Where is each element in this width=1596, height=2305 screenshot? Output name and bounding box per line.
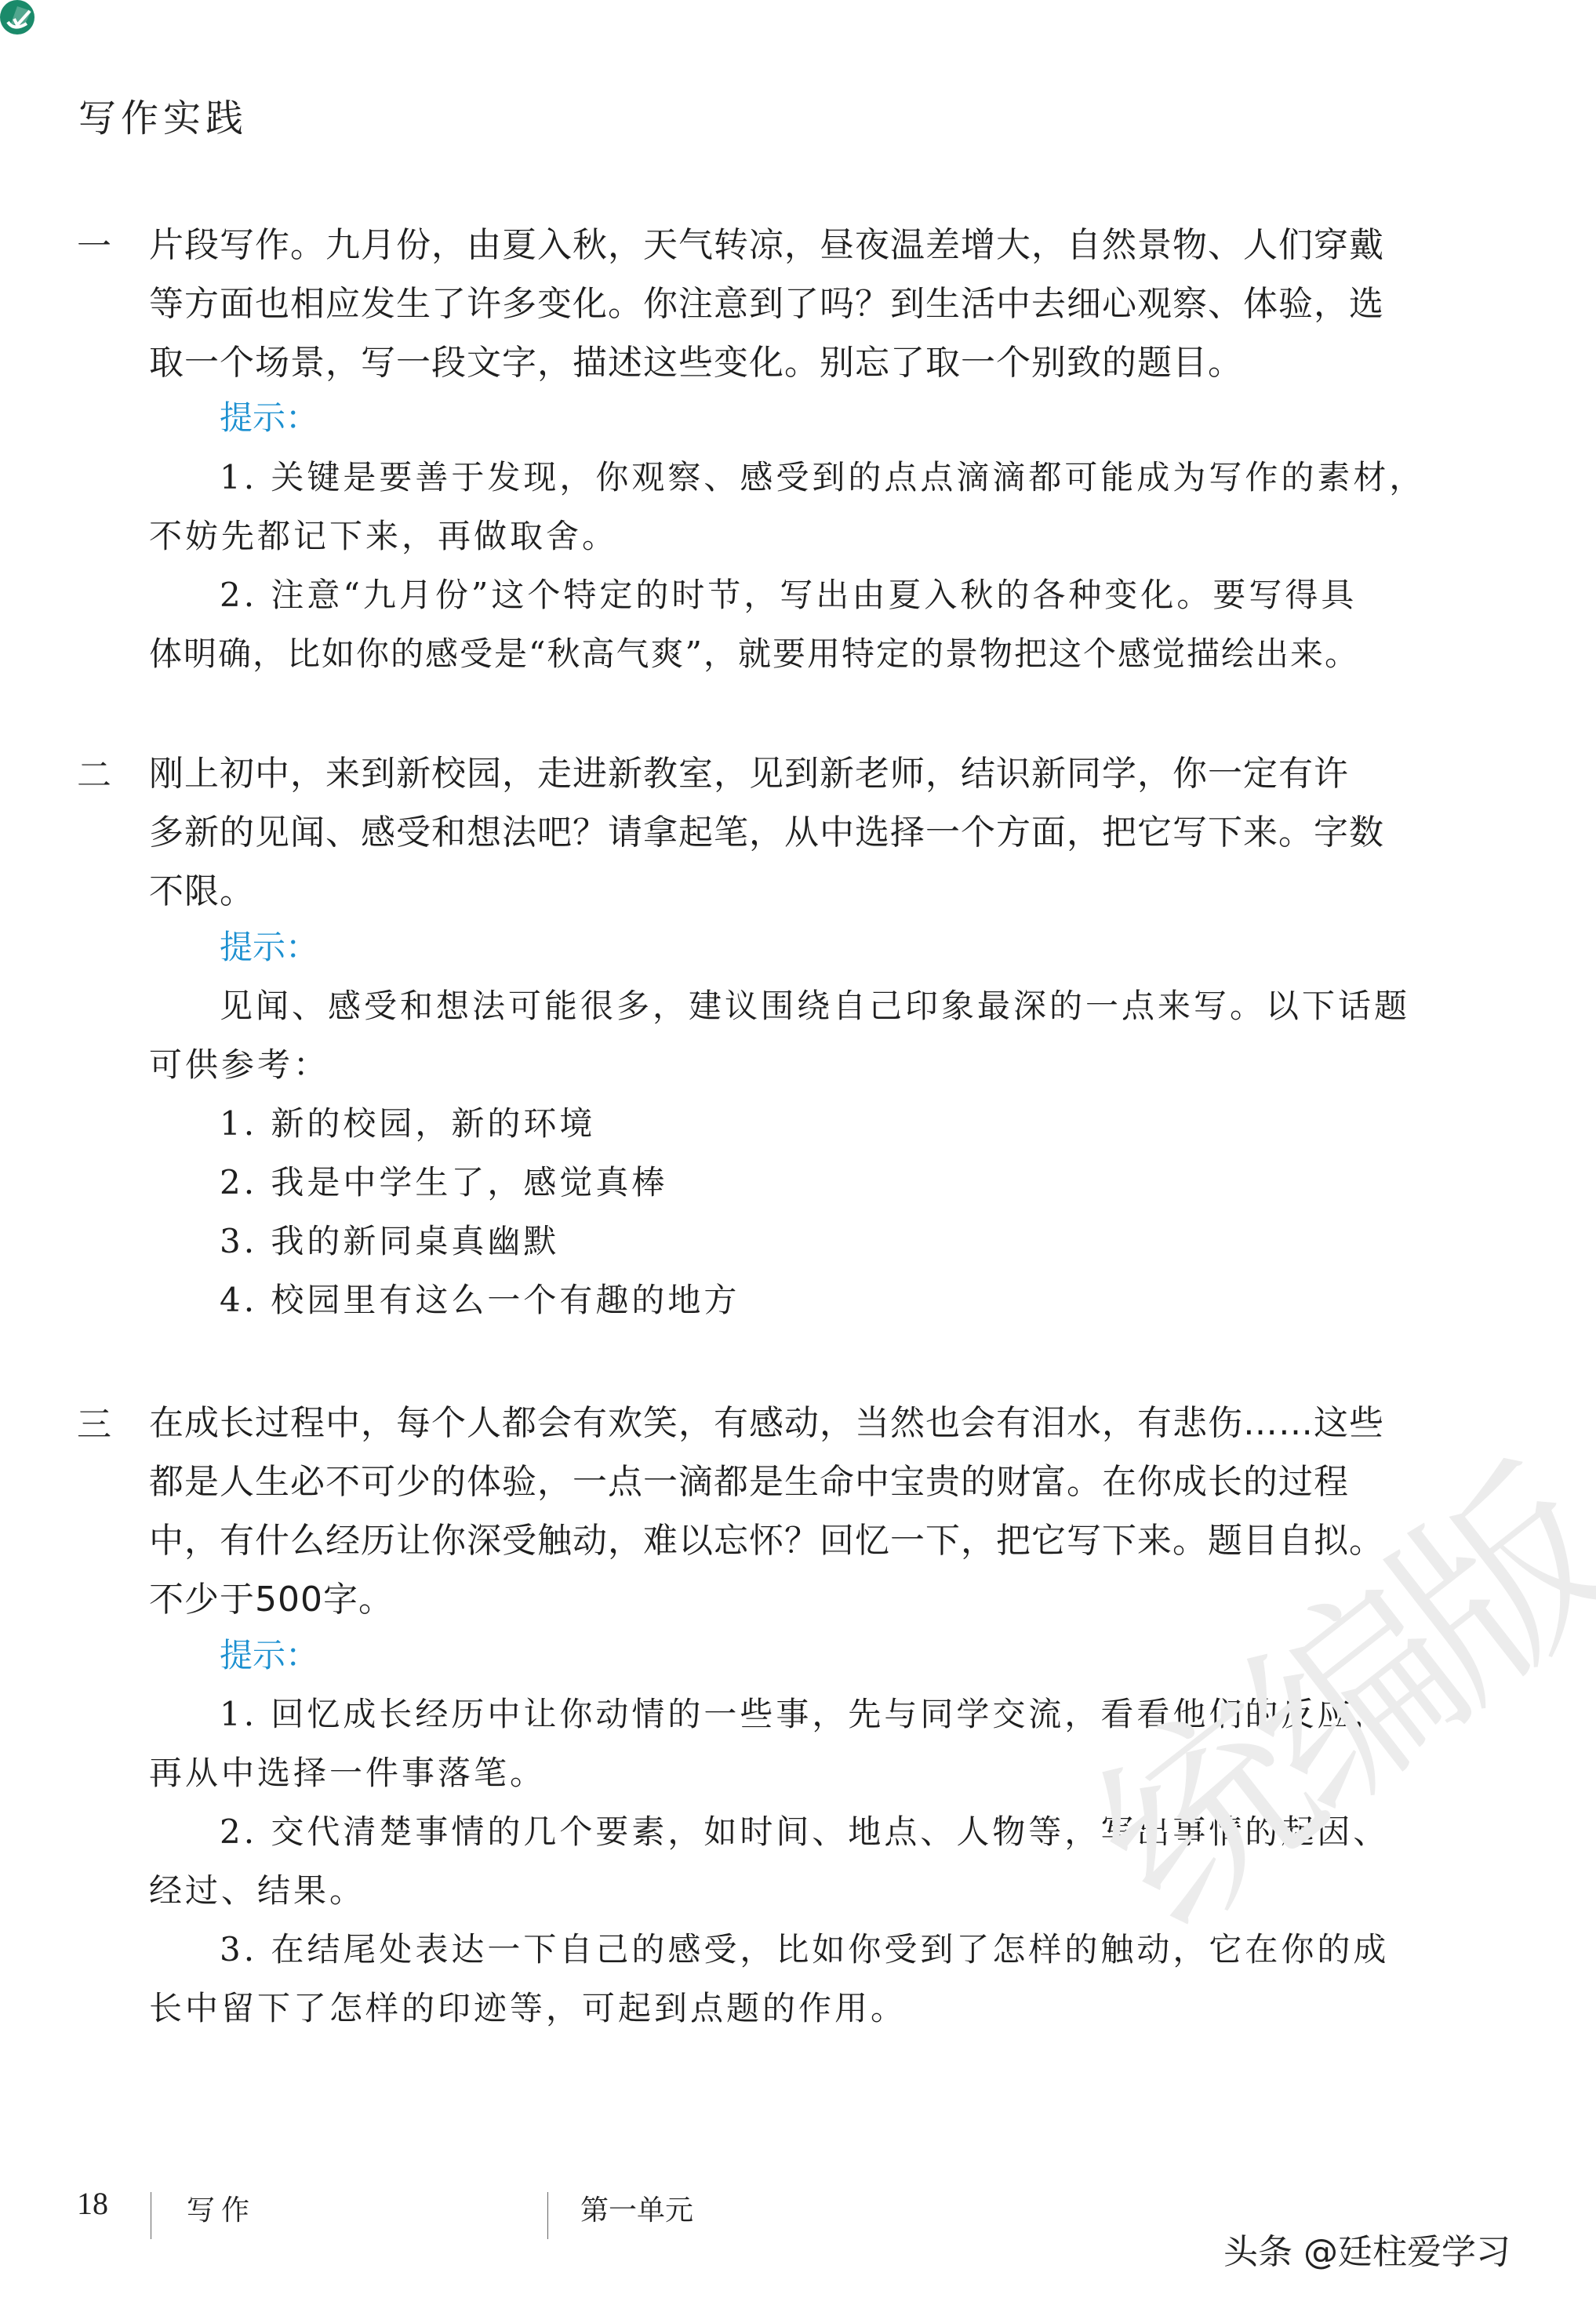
topic-item: 1. 新的校园，新的环境 <box>220 1098 595 1145</box>
hint-line: 1. 回忆成长经历中让你动情的一些事，先与同学交流，看看他们的反应， <box>220 1689 1389 1736</box>
hint-line: 可供参考： <box>149 1039 329 1086</box>
hint-line: 1. 关键是要善于发现，你观察、感受到的点点滴滴都可能成为写作的素材， <box>220 452 1425 499</box>
page-number: 18 <box>77 2185 108 2222</box>
hint-line: 体明确，比如你的感受是“秋高气爽”，就要用特定的景物把这个感觉描绘出来。 <box>149 628 1359 675</box>
footer-divider <box>151 2192 151 2239</box>
exercise-text-line: 多新的见闻、感受和想法吧？请拿起笔，从中选择一个方面，把它写下来。字数 <box>149 804 1384 854</box>
hint-label: 提示： <box>220 1630 318 1677</box>
exercise-number: 一 <box>77 218 111 268</box>
footer-section: 写作 <box>187 2188 256 2228</box>
page-title: 写作实践 <box>78 88 248 142</box>
hint-line: 经过、结果。 <box>149 1865 365 1912</box>
exercise-text-line: 刚上初中，来到新校园，走进新教室，见到新老师，结识新同学，你一定有许 <box>149 745 1349 795</box>
hint-label: 提示： <box>220 922 318 969</box>
exercise-text-line: 不限。 <box>149 863 255 913</box>
hint-line: 3. 在结尾处表达一下自己的感受，比如你受到了怎样的触动，它在你的成 <box>220 1924 1389 1971</box>
source-credit-watermark: 头条 @廷柱爱学习 <box>1223 2223 1511 2274</box>
exercise-text-line: 中，有什么经历让你深受触动，难以忘怀？回忆一下，把它写下来。题目自拟。 <box>149 1512 1384 1562</box>
hint-line: 长中留下了怎样的印迹等，可起到点题的作用。 <box>149 1983 907 2030</box>
exercise-text-line: 片段写作。九月份，由夏入秋，天气转凉，昼夜温差增大，自然景物、人们穿戴 <box>149 216 1384 267</box>
hint-line: 不妨先都记下来，再做取舍。 <box>149 511 618 558</box>
exercise-text-line: 不少于500字。 <box>149 1571 394 1621</box>
hint-line: 2. 注意“九月份”这个特定的时节，写出由夏入秋的各种变化。要写得具 <box>220 569 1357 616</box>
hint-line: 再从中选择一件事落笔。 <box>149 1747 546 1794</box>
exercise-number: 二 <box>77 747 111 797</box>
exercise-text-line: 取一个场景，写一段文字，描述这些变化。别忘了取一个别致的题目。 <box>149 334 1243 384</box>
exercise-number: 三 <box>77 1396 111 1446</box>
hint-label: 提示： <box>220 392 318 439</box>
footer-divider <box>547 2192 548 2239</box>
exercise-text-line: 在成长过程中，每个人都会有欢笑，有感动，当然也会有泪水，有悲伤……这些 <box>149 1394 1384 1445</box>
topic-item: 3. 我的新同桌真幽默 <box>220 1216 559 1263</box>
hint-line: 2. 交代清楚事情的几个要素，如时间、地点、人物等，写出事情的起因、 <box>220 1806 1389 1853</box>
exercise-text-line: 等方面也相应发生了许多变化。你注意到了吗？到生活中去细心观察、体验，选 <box>149 275 1384 325</box>
topic-item: 2. 我是中学生了，感觉真棒 <box>220 1157 667 1204</box>
exercise-text-line: 都是人生必不可少的体验，一点一滴都是生命中宝贵的财富。在你成长的过程 <box>149 1453 1349 1503</box>
footer-unit: 第一单元 <box>580 2188 693 2228</box>
topic-item: 4. 校园里有这么一个有趣的地方 <box>220 1274 740 1322</box>
publisher-logo-icon <box>0 0 38 38</box>
hint-line: 见闻、感受和想法可能很多，建议围绕自己印象最深的一点来写。以下话题 <box>220 980 1410 1027</box>
